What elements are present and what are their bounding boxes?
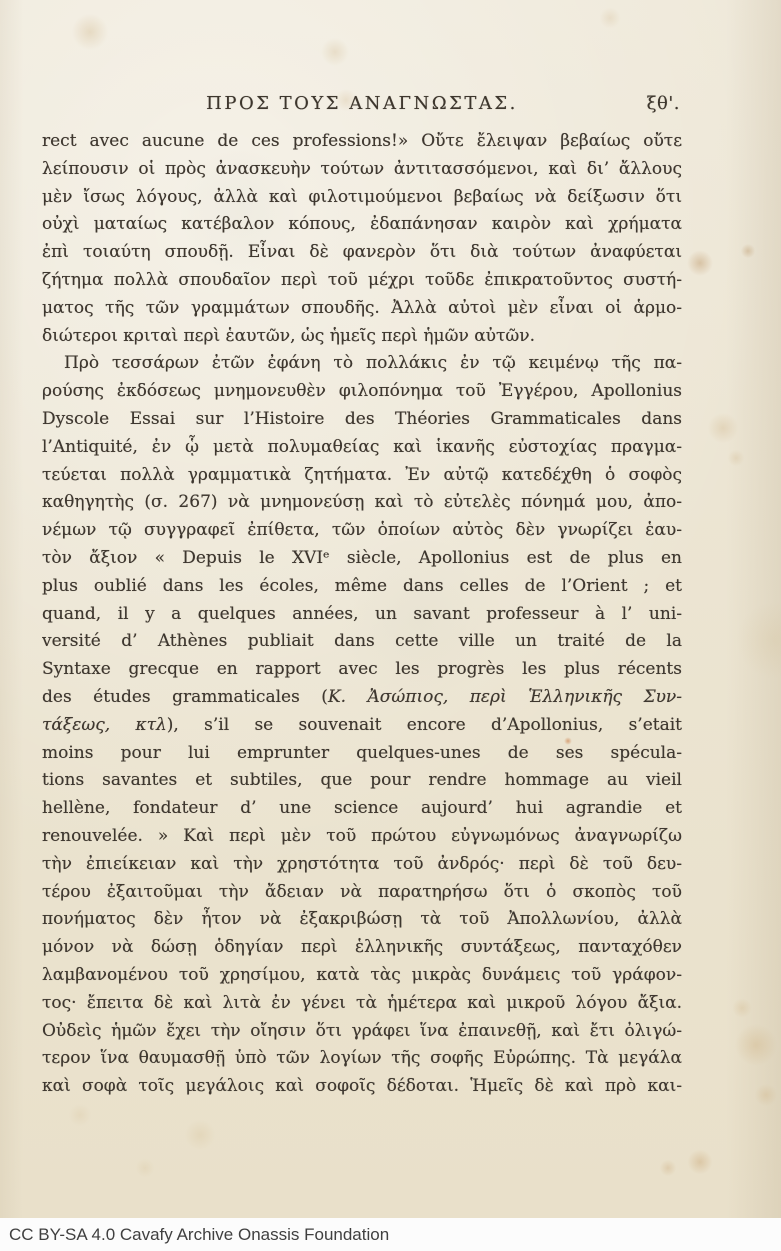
text-line: πονήματος δὲν ἦτον νὰ ἐξακριβώσῃ τὰ τοῦ …	[42, 906, 682, 934]
text-line: Syntaxe grecque en rapport avec les prog…	[42, 656, 682, 684]
text-line: ματος τῆς τῶν γραμμάτων σπουδῆς. Ἀλλὰ αὐ…	[42, 295, 682, 323]
text-line: διώτεροι κριταὶ περὶ ἑαυτῶν, ὡς ἡμεῖς πε…	[42, 323, 682, 351]
text-line: μὲν ἴσως λόγους, ἀλλὰ καὶ φιλοτιμούμενοι…	[42, 184, 682, 212]
text-line: tions savantes et subtiles, que pour ren…	[42, 767, 682, 795]
text-line: des études grammaticales (Κ. Ἀσώπιος, πε…	[42, 684, 682, 712]
text-line: καθηγητὴς (σ. 267) νὰ μνημονεύσῃ καὶ τὸ …	[42, 489, 682, 517]
text-line: moins pour lui emprunter quelques-unes d…	[42, 740, 682, 768]
text-line: hellène, fondateur d’ une science aujour…	[42, 795, 682, 823]
text-line: renouvelée. » Καὶ περὶ μὲν τοῦ πρώτου εὐ…	[42, 823, 682, 851]
text-line: ἐπὶ τοιαύτη σπουδῇ. Εἶναι δὲ φανερὸν ὅτι…	[42, 239, 682, 267]
text-line: τέρου ἐξαιτοῦμαι τὴν ἄδειαν νὰ παρατηρήσ…	[42, 879, 682, 907]
text-block: rect avec aucune de ces professions!» Οὔ…	[42, 128, 682, 1101]
text-line: rect avec aucune de ces professions!» Οὔ…	[42, 128, 682, 156]
text-line: λείπουσιν οἱ πρὸς ἀνασκευὴν τούτων ἀντιτ…	[42, 156, 682, 184]
license-text: CC BY-SA 4.0 Cavafy Archive Onassis Foun…	[9, 1225, 389, 1244]
text-line: τερον ἵνα θαυμασθῇ ὑπὸ τῶν λογίων τῆς σο…	[42, 1045, 682, 1073]
text-line: plus oublié dans les écoles, même dans c…	[42, 573, 682, 601]
text-line: τάξεως, κτλ), s’il se souvenait encore d…	[42, 712, 682, 740]
text-line: Οὐδεὶς ἡμῶν ἔχει τὴν οἴησιν ὅτι γράφει ἵ…	[42, 1018, 682, 1046]
text-line: τος· ἔπειτα δὲ καὶ λιτὰ ἐν γένει τὰ ἡμέτ…	[42, 990, 682, 1018]
text-line: Dyscole Essai sur l’Histoire des Théorie…	[42, 406, 682, 434]
text-line: versité d’ Athènes publiait dans cette v…	[42, 628, 682, 656]
text-line: μόνον νὰ δώσῃ ὁδηγίαν περὶ ἑλληνικῆς συν…	[42, 934, 682, 962]
text-line: τεύεται πολλὰ γραμματικὰ ζητήματα. Ἐν αὐ…	[42, 462, 682, 490]
text-line: quand, il y a quelques années, un savant…	[42, 601, 682, 629]
text-line: ζήτημα πολλὰ σπουδαῖον περὶ τοῦ μέχρι το…	[42, 267, 682, 295]
running-header: ΠΡΟΣ ΤΟΥΣ ΑΝΑΓΝΩΣΤΑΣ. ξθ'.	[42, 93, 682, 117]
running-header-title: ΠΡΟΣ ΤΟΥΣ ΑΝΑΓΝΩΣΤΑΣ.	[206, 93, 518, 114]
text-line: καὶ σοφὰ τοῖς μεγάλοις καὶ σοφοῖς δέδοτα…	[42, 1073, 682, 1101]
text-line: l’Antiquité, ἐν ᾧ μετὰ πολυμαθείας καὶ ἱ…	[42, 434, 682, 462]
text-line: ρούσης ἐκδόσεως μνημονευθὲν φιλοπόνημα τ…	[42, 378, 682, 406]
text-line: τὸν ἄξιον « Depuis le XVIᵉ siècle, Apoll…	[42, 545, 682, 573]
text-line: Πρὸ τεσσάρων ἐτῶν ἐφάνη τὸ πολλάκις ἐν τ…	[42, 350, 682, 378]
text-line: νέμων τῷ συγγραφεῖ ἐπίθετα, τῶν ὁποίων α…	[42, 517, 682, 545]
text-line: τὴν ἐπιείκειαν καὶ τὴν χρηστότητα τοῦ ἀν…	[42, 851, 682, 879]
text-line: οὐχὶ ματαίως κατέβαλον κόπους, ἐδαπάνησα…	[42, 211, 682, 239]
book-page-scan: ΠΡΟΣ ΤΟΥΣ ΑΝΑΓΝΩΣΤΑΣ. ξθ'. rect avec auc…	[0, 0, 781, 1218]
page-number: ξθ'.	[647, 93, 680, 114]
license-bar: CC BY-SA 4.0 Cavafy Archive Onassis Foun…	[0, 1218, 781, 1251]
text-line: λαμβανομένου τοῦ χρησίμου, κατὰ τὰς μικρ…	[42, 962, 682, 990]
